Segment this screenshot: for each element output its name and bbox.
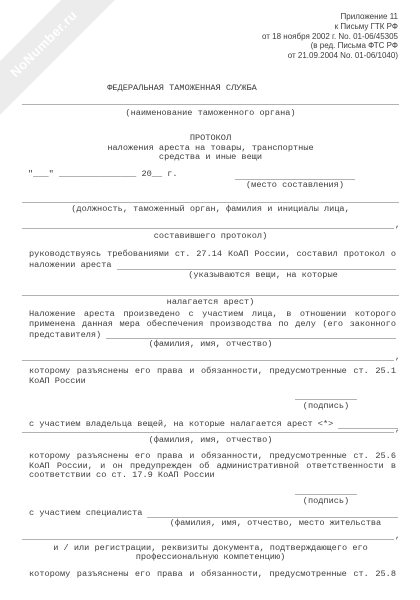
official-blank-line-1: [22, 202, 399, 203]
participation-line-3-text: представителя): [29, 331, 101, 341]
signature-blank-line-2: [295, 494, 357, 495]
ref-line-date-number: от 18 ноября 2002 г. No. 01-06/45305: [262, 32, 398, 42]
title-line-3: средства и иные вещи: [22, 153, 399, 163]
specialist-name-blank-line: [147, 508, 398, 518]
basis-paragraph: руководствуясь требованиями ст. 27.14 Ко…: [29, 250, 396, 271]
place-caption: (место составления): [235, 181, 355, 191]
basis-line-1: руководствуясь требованиями ст. 27.14 Ко…: [29, 250, 396, 260]
rights1-line-2: КоАП России: [29, 377, 396, 387]
signature-caption-1: (подпись): [287, 402, 365, 412]
participation-line-2: применена данная мера обеспечения произв…: [29, 320, 396, 330]
owner-line-text: с участием владельца вещей, на которые н…: [29, 420, 333, 430]
specialist-caption-3: профессиональную компетенцию): [22, 553, 399, 563]
goods-blank-line-2: [22, 295, 399, 296]
trailing-comma: ,: [395, 353, 400, 363]
watermark-ribbon: NoNumber.ru: [0, 0, 121, 121]
person-name-caption: (фамилия, имя, отчество): [22, 340, 399, 350]
rights-paragraph-2: которому разъяснены его права и обязанно…: [29, 452, 396, 481]
owner-name-blank-line-2: [22, 432, 394, 433]
basis-caption-1: (указываются вещи, на которые: [130, 271, 396, 281]
official-caption-2: составившего протокол): [22, 232, 399, 242]
owner-name-blank-line: [338, 419, 398, 429]
signature-caption-2: (подпись): [287, 497, 365, 507]
specialist-blank-line-2: [22, 539, 394, 540]
official-caption-1: (должность, таможенный орган, фамилия и …: [22, 205, 399, 215]
date-blank-line: "___" _______________ 20__ г.: [28, 170, 178, 180]
rights-paragraph-3: которому разъяснены его права и обязанно…: [29, 570, 396, 580]
agency-caption: (наименование таможенного органа): [22, 109, 399, 119]
protocol-document-page: NoNumber.ru Приложение 11 к Письму ГТК Р…: [0, 0, 420, 600]
ref-line-edition: (в ред. Письма ФТС РФ: [262, 41, 398, 51]
signature-blank-line-1: [295, 399, 357, 400]
official-blank-line-2: [22, 228, 394, 229]
rights2-line-3: соответствии со ст. 17.9 КоАП России: [29, 471, 396, 481]
document-title: ПРОТОКОЛ наложения ареста на товары, тра…: [22, 134, 399, 163]
agency-blank-line: [22, 104, 399, 105]
rights-paragraph-1: которому разъяснены его права и обязанно…: [29, 367, 396, 386]
owner-name-caption: (фамилия, имя, отчество): [22, 436, 399, 446]
trailing-comma: ,: [395, 532, 400, 542]
ref-line-edition-number: от 21.09.2004 No. 01-06/1040): [262, 51, 398, 61]
reference-block: Приложение 11 к Письму ГТК РФ от 18 нояб…: [262, 12, 398, 61]
person-name-blank-line-2: [22, 360, 394, 361]
person-name-blank-line: [106, 329, 396, 339]
participation-paragraph: Наложение ареста произведено с участием …: [29, 310, 396, 340]
watermark-text: NoNumber.ru: [10, 10, 79, 79]
specialist-caption-1: (фамилия, имя, отчество, место жительств…: [153, 519, 398, 529]
owner-row: с участием владельца вещей, на которые н…: [29, 419, 398, 430]
goods-blank-line: [117, 260, 396, 270]
basis-caption-2: налагается арест): [22, 298, 399, 308]
ref-line-appendix: Приложение 11: [262, 12, 398, 22]
trailing-comma: ,: [395, 221, 400, 231]
agency-name: ФЕДЕРАЛЬНАЯ ТАМОЖЕННАЯ СЛУЖБА: [22, 84, 342, 94]
trailing-comma: ,: [395, 425, 400, 435]
specialist-line-text: с участием специалиста: [29, 509, 142, 519]
ref-line-letter: к Письму ГТК РФ: [262, 22, 398, 32]
basis-line-2-text: наложении ареста: [29, 261, 112, 271]
